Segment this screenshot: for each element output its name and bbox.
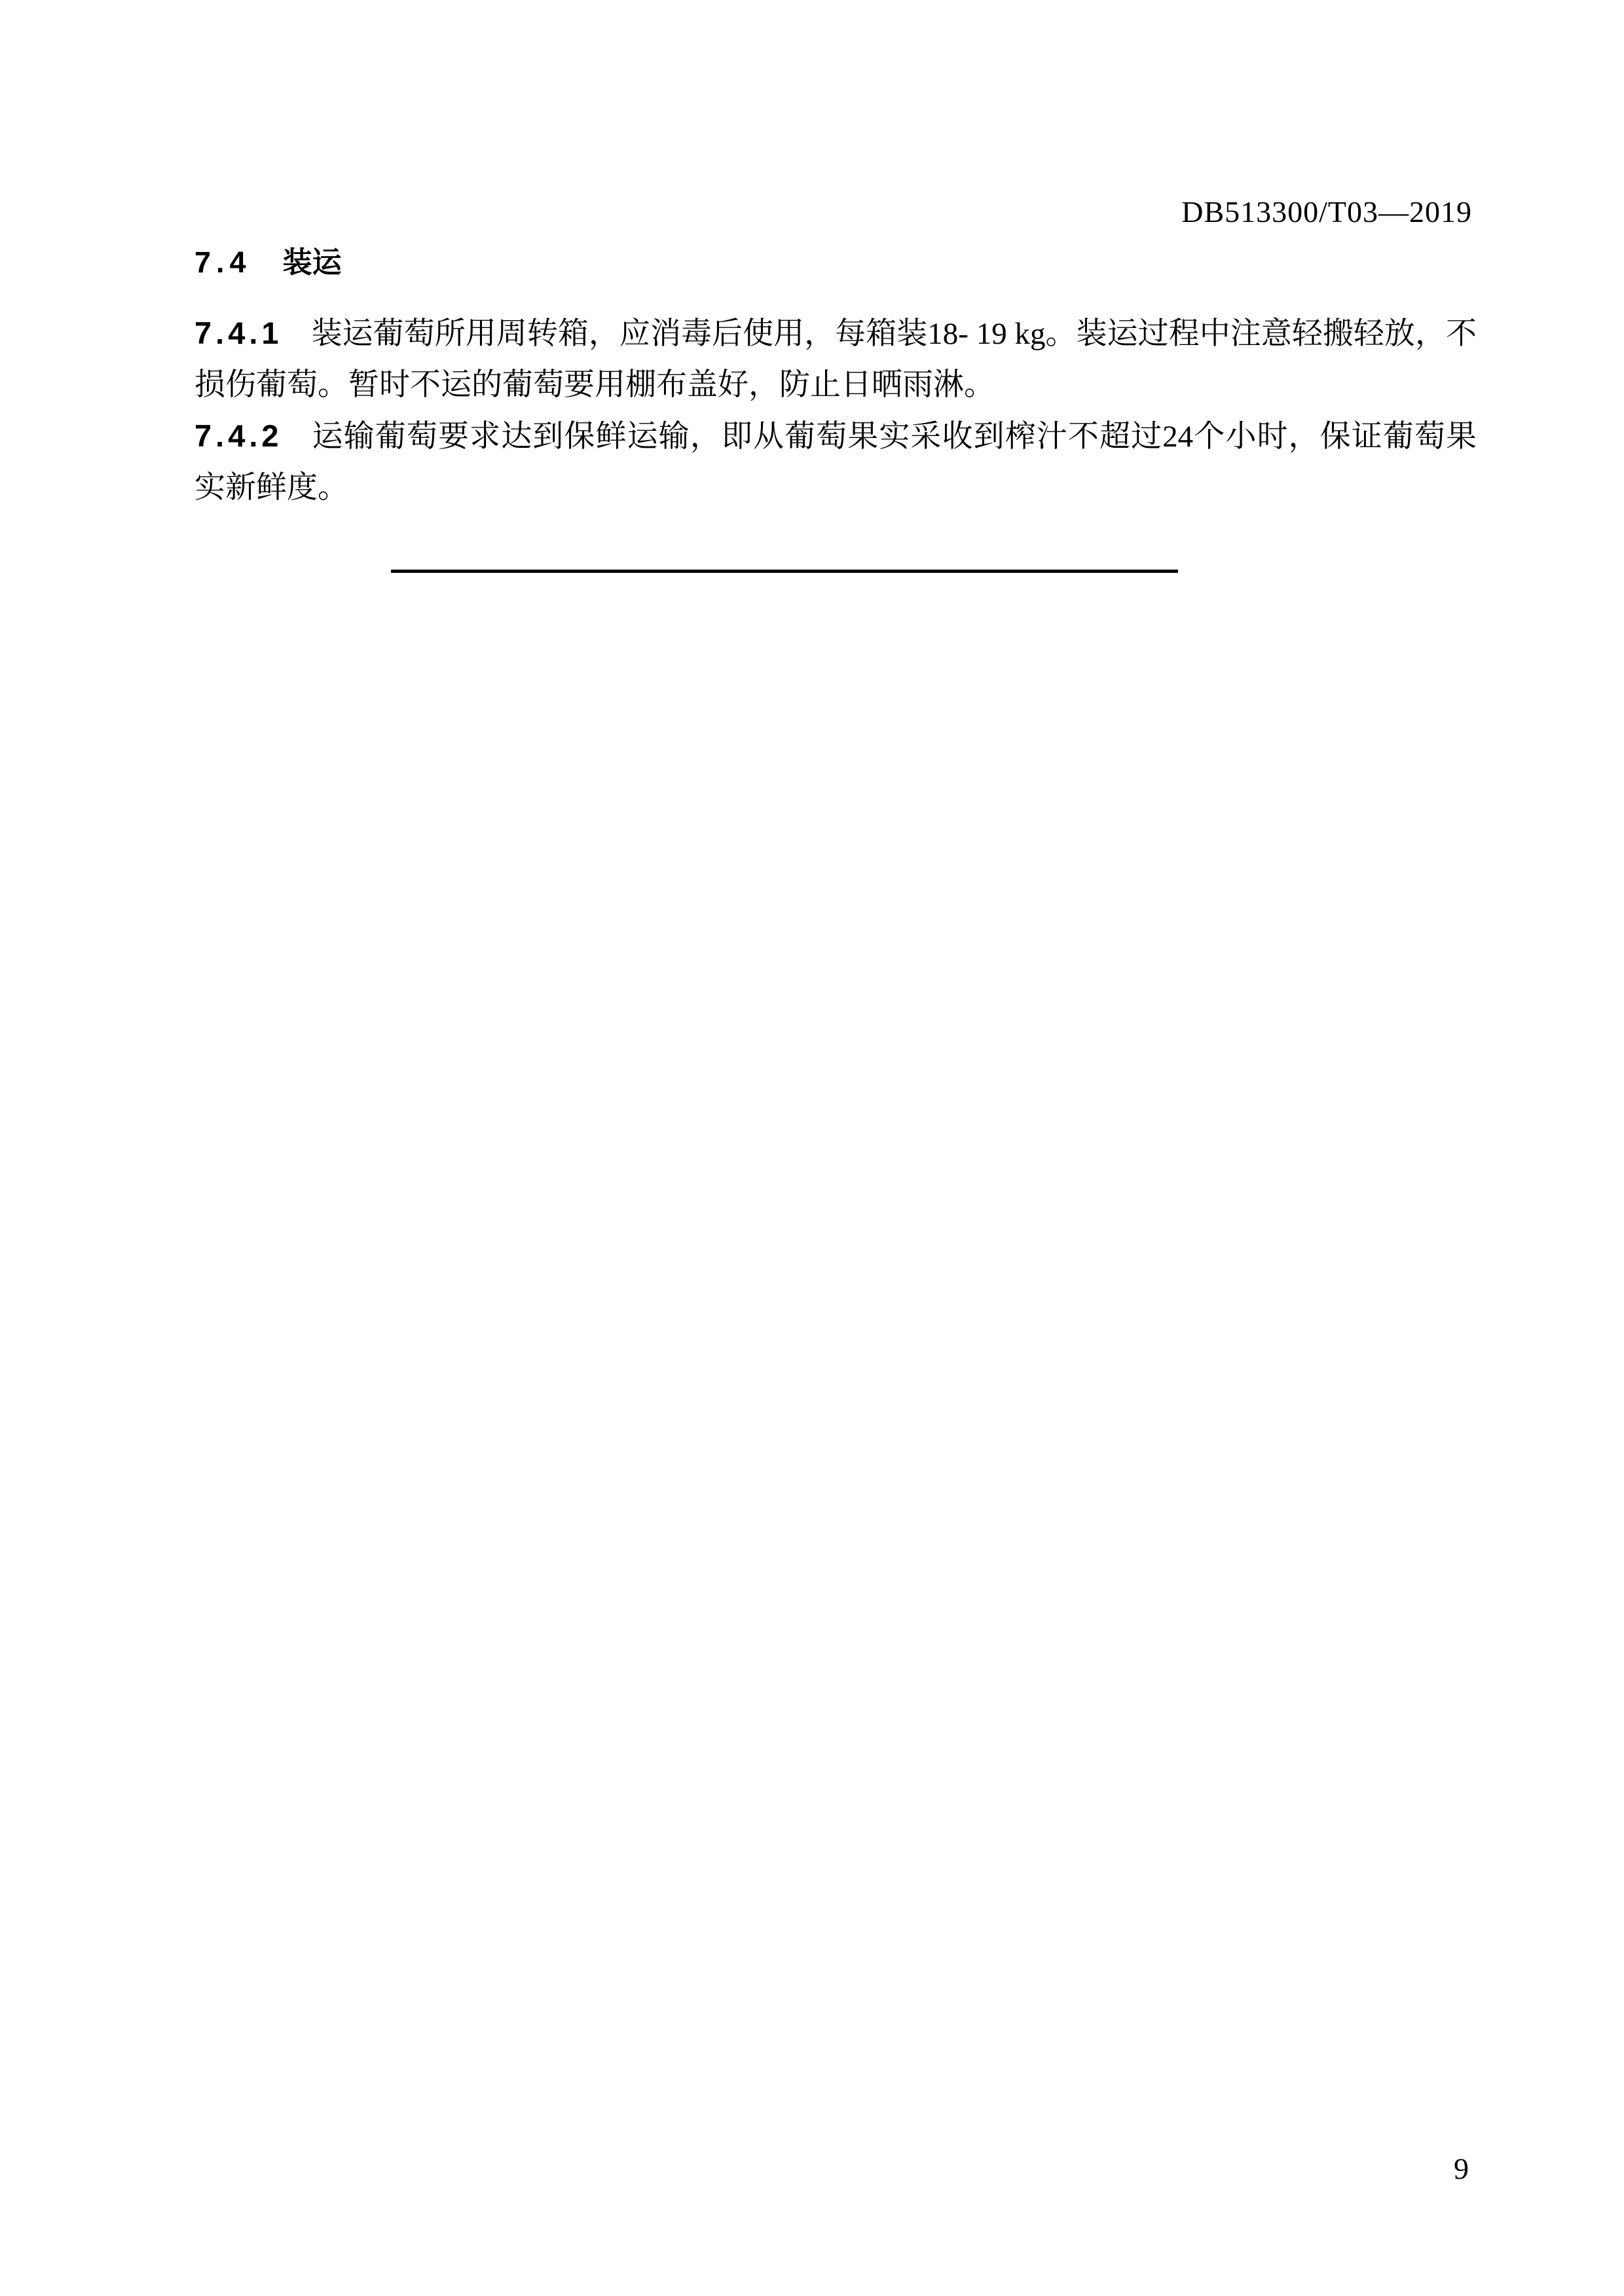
clause-text: 装运葡萄所用周转箱，应消毒后使用，每箱装18- 19 kg。装运过程中注意轻搬轻…: [194, 317, 1477, 402]
clause-7-4-1: 7.4.1装运葡萄所用周转箱，应消毒后使用，每箱装18- 19 kg。装运过程中…: [194, 308, 1477, 410]
page-number: 9: [1454, 2153, 1469, 2185]
clause-number: 7.4.1: [194, 316, 283, 350]
document-page: DB513300/T03—2019 7.4装运 7.4.1装运葡萄所用周转箱，应…: [0, 0, 1624, 2296]
clause-number: 7.4.2: [194, 418, 283, 453]
clause-7-4-2: 7.4.2运输葡萄要求达到保鲜运输，即从葡萄果实采收到榨汁不超过24个小时，保证…: [194, 410, 1477, 513]
section-heading: 7.4装运: [194, 246, 342, 279]
end-of-standard-rule: [391, 570, 1178, 573]
document-code-header: DB513300/T03—2019: [1181, 195, 1472, 229]
section-number: 7.4: [194, 246, 251, 279]
section-title: 装运: [283, 246, 342, 279]
clause-text: 运输葡萄要求达到保鲜运输，即从葡萄果实采收到榨汁不超过24个小时，保证葡萄果实新…: [194, 420, 1477, 505]
clauses-block: 7.4.1装运葡萄所用周转箱，应消毒后使用，每箱装18- 19 kg。装运过程中…: [194, 308, 1477, 513]
